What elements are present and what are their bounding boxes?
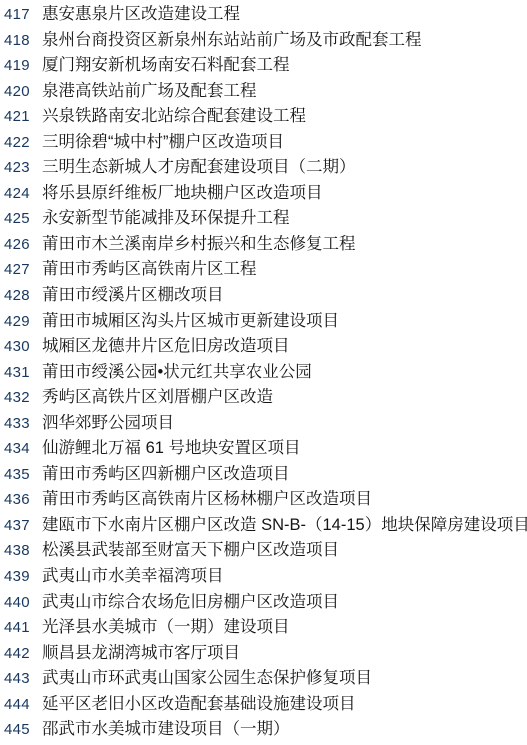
item-text: 莆田市秀屿区四新棚户区改造项目 [42, 462, 290, 488]
item-text: 莆田市绶溪片区棚改项目 [42, 283, 224, 309]
list-item: 422三明徐碧“城中村”棚户区改造项目 [0, 130, 527, 156]
item-text: 莆田市秀屿区高铁南片区工程 [42, 257, 257, 283]
list-item: 433泗华郊野公园项目 [0, 411, 527, 437]
item-number: 434 [4, 436, 36, 462]
list-item: 444延平区老旧小区改造配套基础设施建设项目 [0, 692, 527, 718]
list-item: 420泉港高铁站前广场及配套工程 [0, 79, 527, 105]
item-number: 437 [4, 513, 36, 539]
item-number: 435 [4, 462, 36, 488]
item-text: 厦门翔安新机场南安石料配套工程 [42, 53, 290, 79]
list-item: 437建瓯市下水南片区棚户区改造 SN-B-（14-15）地块保障房建设项目 [0, 513, 527, 539]
item-text: 兴泉铁路南安北站综合配套建设工程 [42, 104, 306, 130]
item-number: 427 [4, 257, 36, 283]
item-number: 433 [4, 411, 36, 437]
item-number: 436 [4, 487, 36, 513]
item-number: 442 [4, 641, 36, 667]
project-list: 417惠安惠泉片区改造建设工程418泉州台商投资区新泉州东站站前广场及市政配套工… [0, 2, 527, 743]
list-item: 439武夷山市水美幸福湾项目 [0, 564, 527, 590]
item-text: 莆田市绶溪公园•状元红共享农业公园 [42, 360, 312, 386]
item-number: 420 [4, 79, 36, 105]
item-number: 430 [4, 334, 36, 360]
list-item: 428莆田市绶溪片区棚改项目 [0, 283, 527, 309]
item-text: 泗华郊野公园项目 [42, 411, 174, 437]
item-number: 422 [4, 130, 36, 156]
list-item: 441光泽县水美城市（一期）建设项目 [0, 615, 527, 641]
item-number: 421 [4, 104, 36, 130]
item-number: 429 [4, 309, 36, 335]
item-text: 武夷山市水美幸福湾项目 [42, 564, 224, 590]
item-text: 光泽县水美城市（一期）建设项目 [42, 615, 290, 641]
list-item: 430城厢区龙德井片区危旧房改造项目 [0, 334, 527, 360]
item-number: 428 [4, 283, 36, 309]
item-number: 432 [4, 385, 36, 411]
item-number: 444 [4, 692, 36, 718]
item-text: 武夷山市综合农场危旧房棚户区改造项目 [42, 590, 339, 616]
item-text: 秀屿区高铁片区刘厝棚户区改造 [42, 385, 273, 411]
list-item: 418泉州台商投资区新泉州东站站前广场及市政配套工程 [0, 28, 527, 54]
item-text: 莆田市秀屿区高铁南片区杨林棚户区改造项目 [42, 487, 372, 513]
item-text: 仙游鲤北万福 61 号地块安置区项目 [42, 436, 301, 462]
list-item: 445邵武市水美城市建设项目（一期） [0, 717, 527, 743]
item-text: 邵武市水美城市建设项目（一期） [42, 717, 290, 743]
item-text: 建瓯市下水南片区棚户区改造 SN-B-（14-15）地块保障房建设项目 [42, 513, 527, 539]
item-text: 三明生态新城人才房配套建设项目（二期） [42, 155, 356, 181]
item-text: 延平区老旧小区改造配套基础设施建设项目 [42, 692, 356, 718]
item-text: 莆田市木兰溪南岸乡村振兴和生态修复工程 [42, 232, 356, 258]
item-number: 441 [4, 615, 36, 641]
list-item: 435莆田市秀屿区四新棚户区改造项目 [0, 462, 527, 488]
item-text: 惠安惠泉片区改造建设工程 [42, 2, 240, 28]
item-text: 松溪县武装部至财富天下棚户区改造项目 [42, 538, 339, 564]
list-item: 440武夷山市综合农场危旧房棚户区改造项目 [0, 590, 527, 616]
item-number: 417 [4, 2, 36, 28]
item-number: 419 [4, 53, 36, 79]
item-number: 423 [4, 155, 36, 181]
item-text: 将乐县原纤维板厂地块棚户区改造项目 [42, 181, 323, 207]
item-number: 426 [4, 232, 36, 258]
item-number: 431 [4, 360, 36, 386]
list-item: 436莆田市秀屿区高铁南片区杨林棚户区改造项目 [0, 487, 527, 513]
item-text: 顺昌县龙湖湾城市客厅项目 [42, 641, 240, 667]
item-number: 440 [4, 590, 36, 616]
project-list-page: 417惠安惠泉片区改造建设工程418泉州台商投资区新泉州东站站前广场及市政配套工… [0, 0, 527, 745]
item-number: 439 [4, 564, 36, 590]
item-number: 438 [4, 538, 36, 564]
item-number: 425 [4, 206, 36, 232]
list-item: 424将乐县原纤维板厂地块棚户区改造项目 [0, 181, 527, 207]
item-text: 泉州台商投资区新泉州东站站前广场及市政配套工程 [42, 28, 422, 54]
list-item: 417惠安惠泉片区改造建设工程 [0, 2, 527, 28]
list-item: 425永安新型节能减排及环保提升工程 [0, 206, 527, 232]
item-text: 武夷山市环武夷山国家公园生态保护修复项目 [42, 666, 372, 692]
item-text: 泉港高铁站前广场及配套工程 [42, 79, 257, 105]
item-text: 永安新型节能减排及环保提升工程 [42, 206, 290, 232]
item-text: 城厢区龙德井片区危旧房改造项目 [42, 334, 290, 360]
list-item: 426莆田市木兰溪南岸乡村振兴和生态修复工程 [0, 232, 527, 258]
list-item: 442顺昌县龙湖湾城市客厅项目 [0, 641, 527, 667]
item-number: 424 [4, 181, 36, 207]
item-number: 418 [4, 28, 36, 54]
list-item: 432秀屿区高铁片区刘厝棚户区改造 [0, 385, 527, 411]
list-item: 429莆田市城厢区沟头片区城市更新建设项目 [0, 309, 527, 335]
list-item: 423三明生态新城人才房配套建设项目（二期） [0, 155, 527, 181]
list-item: 419厦门翔安新机场南安石料配套工程 [0, 53, 527, 79]
item-text: 三明徐碧“城中村”棚户区改造项目 [42, 130, 284, 156]
item-text: 莆田市城厢区沟头片区城市更新建设项目 [42, 309, 339, 335]
list-item: 427莆田市秀屿区高铁南片区工程 [0, 257, 527, 283]
list-item: 421兴泉铁路南安北站综合配套建设工程 [0, 104, 527, 130]
item-number: 443 [4, 666, 36, 692]
item-number: 445 [4, 717, 36, 743]
list-item: 434仙游鲤北万福 61 号地块安置区项目 [0, 436, 527, 462]
list-item: 438松溪县武装部至财富天下棚户区改造项目 [0, 538, 527, 564]
list-item: 431莆田市绶溪公园•状元红共享农业公园 [0, 360, 527, 386]
list-item: 443武夷山市环武夷山国家公园生态保护修复项目 [0, 666, 527, 692]
